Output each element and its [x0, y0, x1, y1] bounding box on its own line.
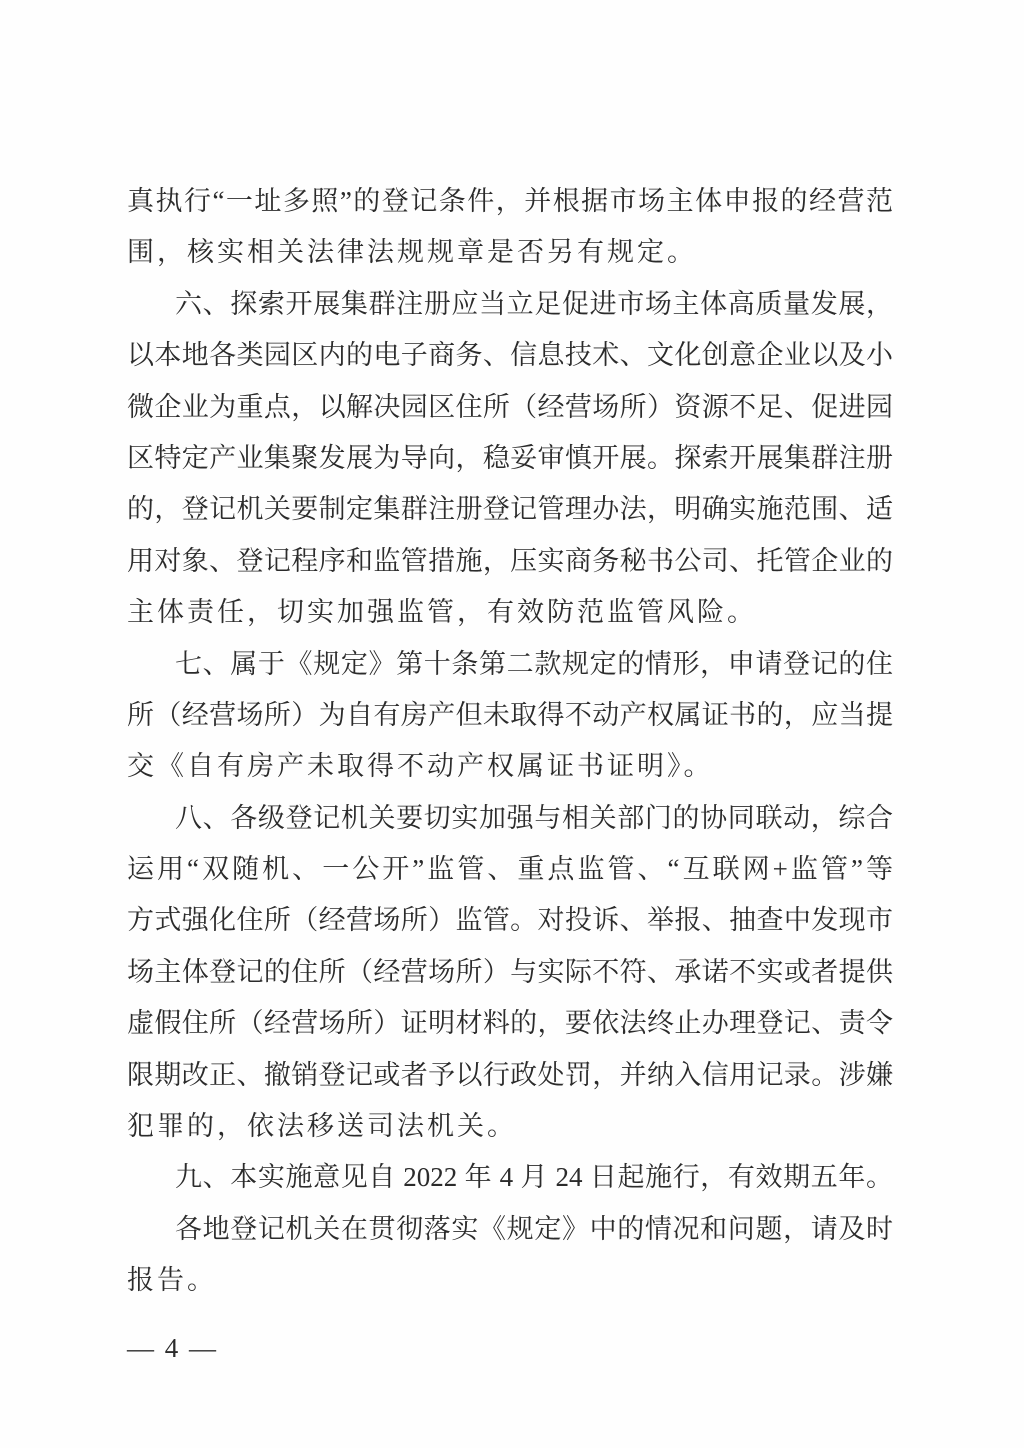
text-line-17: 虚假住所（经营场所）证明材料的，要依法终止办理登记、责令: [127, 998, 893, 1049]
text-line-11: 所（经营场所）为自有房产但未取得不动产权属证书的，应当提: [127, 690, 893, 741]
page-number: — 4 —: [127, 1333, 218, 1363]
document-body: 真执行“一址多照”的登记条件，并根据市场主体申报的经营范围，核实相关法律法规规章…: [127, 176, 893, 1307]
text-line-4: 以本地各类园区内的电子商务、信息技术、文化创意企业以及小: [127, 330, 893, 381]
text-line-21: 各地登记机关在贯彻落实《规定》中的情况和问题，请及时: [127, 1204, 893, 1255]
text-line-18: 限期改正、撤销登记或者予以行政处罚，并纳入信用记录。涉嫌: [127, 1050, 893, 1101]
text-line-9: 主体责任，切实加强监管，有效防范监管风险。: [127, 587, 893, 638]
text-line-5: 微企业为重点，以解决园区住所（经营场所）资源不足、促进园: [127, 382, 893, 433]
text-line-16: 场主体登记的住所（经营场所）与实际不符、承诺不实或者提供: [127, 947, 893, 998]
text-line-22: 报告。: [127, 1255, 893, 1306]
text-line-8: 用对象、登记程序和监管措施，压实商务秘书公司、托管企业的: [127, 536, 893, 587]
text-line-10: 七、属于《规定》第十条第二款规定的情形，申请登记的住: [127, 639, 893, 690]
text-line-20: 九、本实施意见自 2022 年 4 月 24 日起施行，有效期五年。: [127, 1152, 893, 1203]
text-line-6: 区特定产业集聚发展为导向，稳妥审慎开展。探索开展集群注册: [127, 433, 893, 484]
text-line-15: 方式强化住所（经营场所）监管。对投诉、举报、抽查中发现市: [127, 895, 893, 946]
text-line-14: 运用“双随机、一公开”监管、重点监管、“互联网+监管”等: [127, 844, 893, 895]
text-line-2: 围，核实相关法律法规规章是否另有规定。: [127, 227, 893, 278]
text-line-1: 真执行“一址多照”的登记条件，并根据市场主体申报的经营范: [127, 176, 893, 227]
text-line-13: 八、各级登记机关要切实加强与相关部门的协同联动，综合: [127, 793, 893, 844]
text-line-3: 六、探索开展集群注册应当立足促进市场主体高质量发展，: [127, 279, 893, 330]
text-line-7: 的，登记机关要制定集群注册登记管理办法，明确实施范围、适: [127, 484, 893, 535]
document-page: 真执行“一址多照”的登记条件，并根据市场主体申报的经营范围，核实相关法律法规规章…: [0, 0, 1024, 1448]
text-line-12: 交《自有房产未取得不动产权属证书证明》。: [127, 741, 893, 792]
text-line-19: 犯罪的，依法移送司法机关。: [127, 1101, 893, 1152]
